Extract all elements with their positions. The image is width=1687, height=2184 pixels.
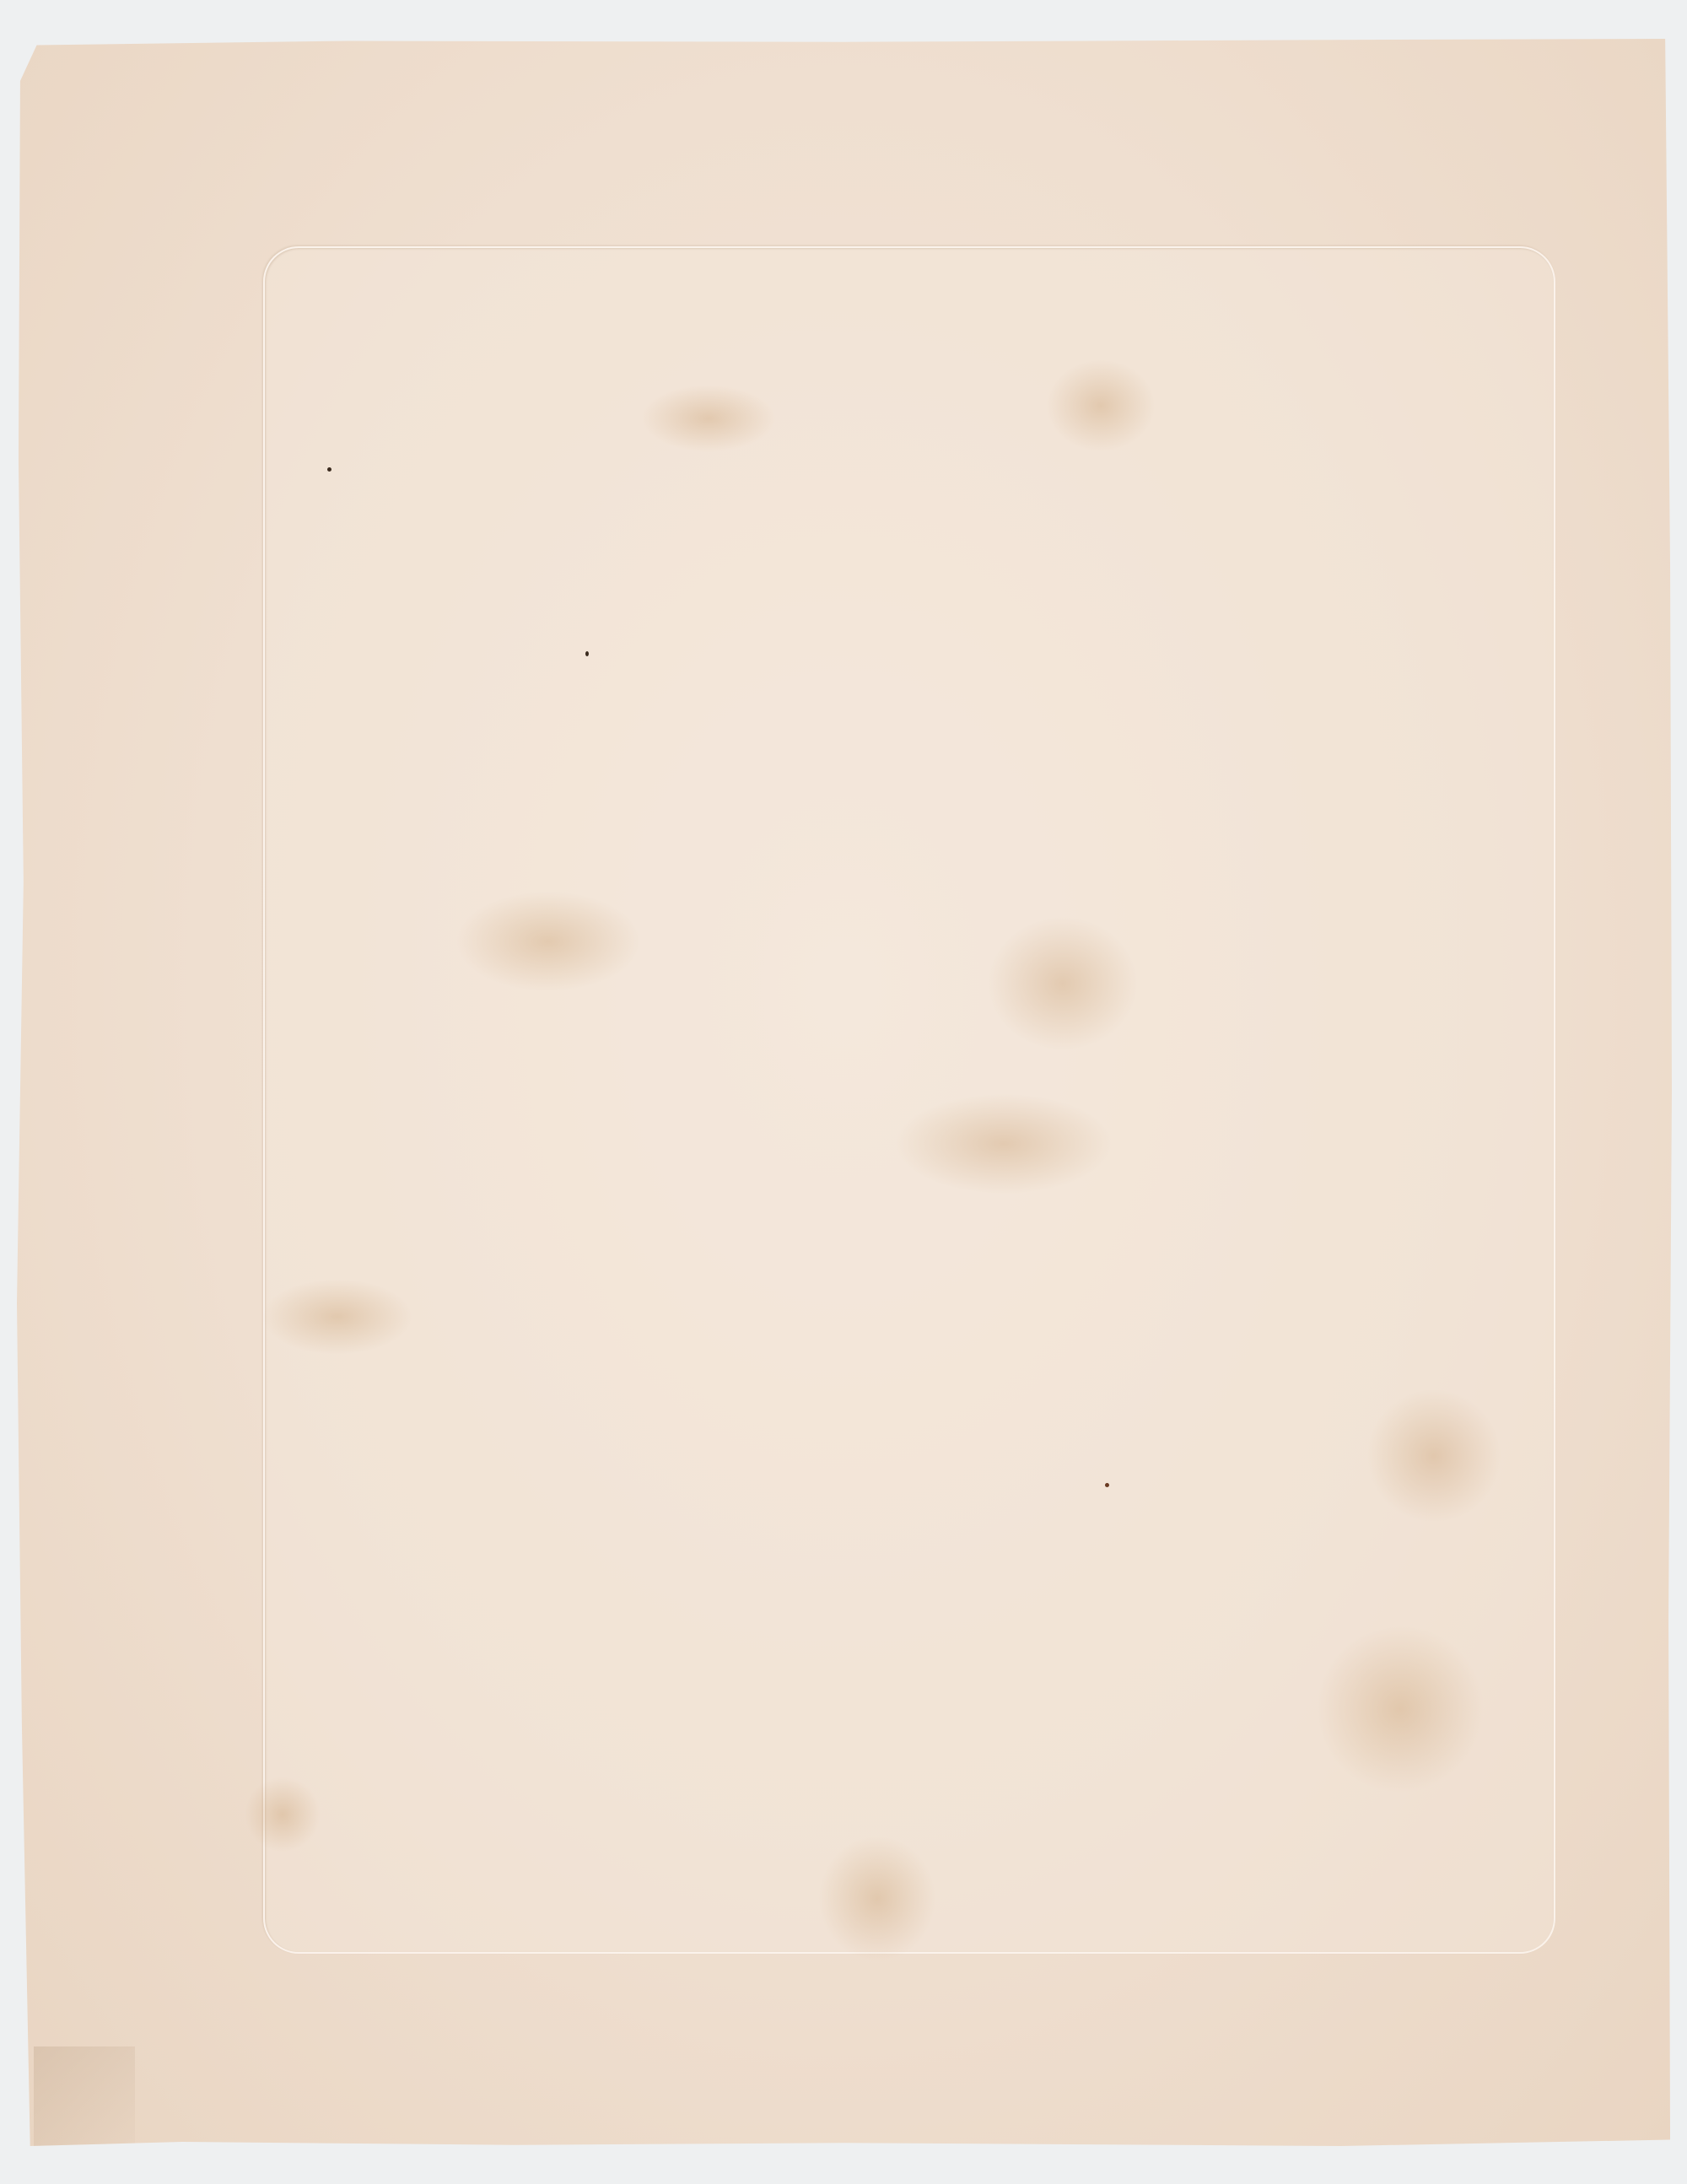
foxing-stain	[455, 891, 641, 992]
foxing-stain	[1316, 1625, 1485, 1793]
foxing-stain	[987, 916, 1139, 1051]
foxing-stain	[1046, 359, 1156, 452]
foxing-stain	[245, 1777, 321, 1852]
ink-fleck	[327, 467, 331, 472]
photo-scene	[0, 0, 1687, 2184]
worn-corner	[34, 2046, 135, 2184]
ink-fleck	[1105, 1483, 1109, 1487]
foxing-stain	[1366, 1389, 1501, 1523]
ink-fleck	[585, 651, 589, 656]
foxing-stain	[894, 1093, 1113, 1194]
paper-sheet	[17, 39, 1672, 2146]
foxing-stain	[818, 1836, 936, 1962]
foxing-stain	[261, 1279, 413, 1355]
foxing-stain	[641, 385, 776, 452]
